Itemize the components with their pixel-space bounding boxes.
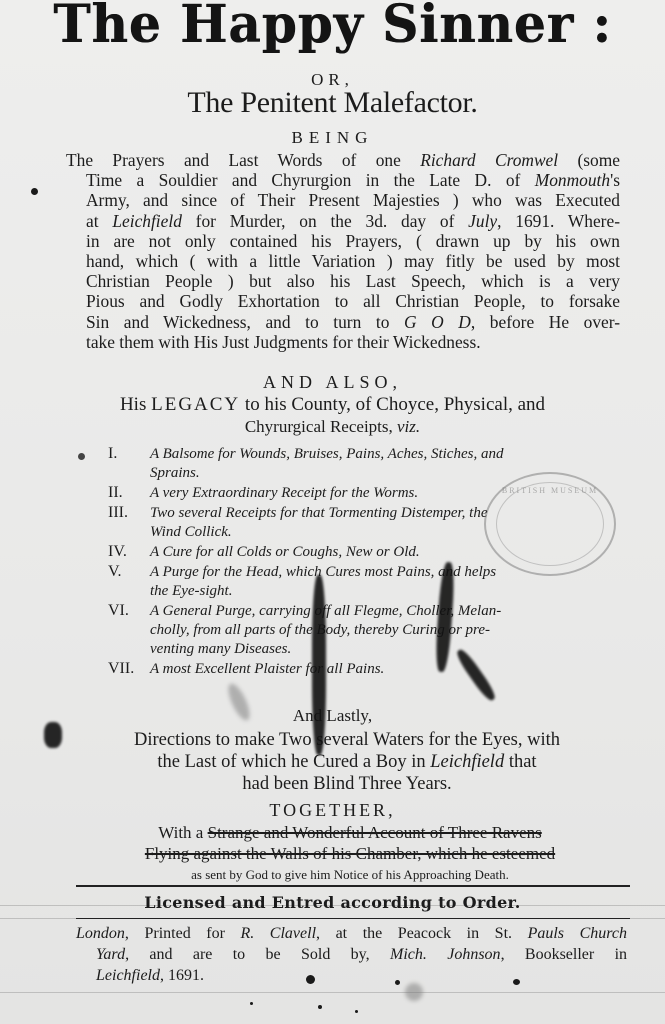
receipt-number: III. — [108, 503, 150, 522]
italic-text: London — [76, 925, 125, 942]
italic-text: Yard — [96, 946, 125, 963]
ink-dot — [395, 980, 400, 985]
intro-line: hand, which ( with a little Variation ) … — [66, 251, 620, 271]
intro-line: Sin and Wickedness, and to turn to G O D… — [66, 312, 620, 332]
intro-line: Army, and since of Their Present Majesti… — [66, 190, 620, 210]
text-run: in are not only contained his Prayers, (… — [86, 231, 620, 251]
ink-dot — [513, 979, 520, 985]
ink-dot — [318, 1005, 322, 1009]
text-run: , at the Peacock in St. — [316, 925, 528, 942]
receipt-item: venting many Diseases. — [108, 640, 622, 659]
intro-line: Time a Souldier and Chyrurgion in the La… — [66, 170, 620, 190]
receipt-text: Two several Receipts for that Tormenting… — [150, 505, 487, 521]
receipt-continuation: venting many Diseases. — [108, 640, 622, 659]
intro-line: Pious and Godly Exhortation to all Chris… — [66, 291, 620, 311]
italic-text: G O D — [404, 312, 471, 332]
stamp-label: BRITISH MUSEUM — [486, 486, 614, 495]
text-run: Time a Souldier and Chyrurgion in the La… — [86, 170, 535, 190]
horizontal-rule — [76, 885, 630, 887]
ink-dot — [355, 1010, 358, 1013]
ink-dot — [78, 453, 85, 460]
imprint-line: Yard, and are to be Sold by, Mich. Johns… — [76, 944, 627, 965]
text-run: , Printed for — [125, 925, 241, 942]
receipt-continuation: the Eye-sight. — [108, 582, 622, 601]
lastly-heading: And Lastly, — [0, 706, 665, 726]
receipt-number: V. — [108, 562, 150, 581]
licensed-line: Licensed and Entred according to Order. — [0, 893, 665, 912]
receipt-number: I. — [108, 444, 150, 463]
text-run: , 1691. — [160, 967, 204, 984]
intro-line: The Prayers and Last Words of one Richar… — [66, 150, 620, 170]
ink-blot — [44, 722, 62, 748]
italic-text: Mich. Johnson — [390, 946, 501, 963]
receipt-text: A most Excellent Plaister for all Pains. — [150, 661, 384, 677]
struck-text: Flying against the Walls of his Chamber,… — [70, 843, 630, 864]
viz-text: viz. — [397, 417, 420, 436]
text-run: Sin and Wickedness, and to turn to — [86, 312, 404, 332]
intro-line: at Leichfield for Murder, on the 3d. day… — [66, 211, 620, 231]
directions-line: Directions to make Two several Waters fo… — [72, 729, 622, 751]
legacy-pre: His — [120, 394, 151, 415]
ravens-text: With a — [158, 823, 207, 842]
text-run: at — [86, 211, 112, 231]
intro-line: in are not only contained his Prayers, (… — [66, 231, 620, 251]
chyrurgical-text: Chyrurgical Receipts, — [245, 417, 397, 436]
ink-dot — [306, 975, 315, 984]
horizontal-rule — [76, 918, 630, 919]
italic-text: Pauls Church — [528, 925, 627, 942]
text-run: Army, and since of Their Present Majesti… — [86, 190, 620, 210]
text-run: hand, which ( with a little Variation ) … — [86, 251, 620, 271]
receipt-text: A very Extraordinary Receipt for the Wor… — [150, 485, 418, 501]
text-run: , before He over- — [471, 312, 620, 332]
text-run: (some — [558, 150, 620, 170]
imprint-line: Leichfield, 1691. — [76, 965, 627, 986]
receipt-text: A Balsome for Wounds, Bruises, Pains, Ac… — [150, 446, 503, 462]
faint-smudge — [405, 983, 423, 1001]
intro-paragraph: The Prayers and Last Words of one Richar… — [66, 150, 620, 352]
directions-text: that — [504, 752, 536, 772]
receipt-item: VI.A General Purge, carrying off all Fle… — [108, 601, 622, 640]
directions-text: the Last of which he Cured a Boy in — [157, 752, 430, 772]
receipt-item: VII.A most Excellent Plaister for all Pa… — [108, 659, 622, 679]
intro-line: Christian People ) but also his Last Spe… — [66, 271, 620, 291]
text-run: The Prayers and Last Words of one — [66, 150, 420, 170]
directions-paragraph: Directions to make Two several Waters fo… — [72, 729, 622, 795]
italic-text: Leichfield — [96, 967, 160, 984]
text-run: , and are to be Sold by, — [125, 946, 390, 963]
legacy-caps: LEGACY — [151, 394, 240, 415]
imprint-line: London, Printed for R. Clavell, at the P… — [76, 923, 627, 944]
struck-text: Strange and Wonderful Account of Three R… — [208, 823, 542, 842]
place-name: Leichfield — [430, 752, 504, 772]
ravens-line: With a Strange and Wonderful Account of … — [70, 822, 630, 843]
legacy-post: to his County, of Choyce, Physical, and — [240, 394, 545, 415]
text-run: 's — [610, 170, 620, 190]
italic-text: R. Clavell — [240, 925, 316, 942]
chyrurgical-line: Chyrurgical Receipts, viz. — [0, 417, 665, 437]
directions-line: had been Blind Three Years. — [72, 773, 622, 795]
italic-text: Leichfield — [112, 211, 182, 231]
receipt-number: VI. — [108, 601, 150, 620]
italic-text: July — [468, 211, 497, 231]
receipt-number: VII. — [108, 659, 150, 678]
broadside-page: The Happy Sinner : OR, The Penitent Male… — [0, 0, 665, 1024]
and-also-heading: AND ALSO, — [0, 372, 665, 393]
text-run: Pious and Godly Exhortation to all Chris… — [86, 291, 620, 311]
receipt-number: IV. — [108, 542, 150, 561]
italic-text: Monmouth — [535, 170, 610, 190]
museum-stamp-icon: BRITISH MUSEUM — [484, 472, 616, 576]
ravens-line: as sent by God to give him Notice of his… — [70, 864, 630, 885]
ink-dot — [250, 1002, 253, 1005]
together-heading: TOGETHER, — [0, 800, 665, 821]
intro-line: take them with His Just Judgments for th… — [66, 332, 620, 352]
receipt-number: II. — [108, 483, 150, 502]
text-run: , Bookseller in — [501, 946, 627, 963]
imprint: London, Printed for R. Clavell, at the P… — [76, 923, 627, 986]
text-run: for Murder, on the 3d. day of — [182, 211, 468, 231]
document-title: The Happy Sinner : — [0, 0, 665, 54]
directions-line: the Last of which he Cured a Boy in Leic… — [72, 751, 622, 773]
ravens-paragraph: With a Strange and Wonderful Account of … — [70, 822, 630, 885]
document-subtitle: The Penitent Malefactor. — [0, 86, 665, 120]
paper-fold-line — [0, 992, 665, 993]
text-run: Christian People ) but also his Last Spe… — [86, 271, 620, 291]
being-heading: BEING — [0, 128, 665, 148]
text-run: , 1691. Where- — [497, 211, 620, 231]
italic-text: Richard Cromwel — [420, 150, 558, 170]
ink-dot — [31, 188, 38, 195]
text-run: take them with His Just Judgments for th… — [86, 332, 481, 352]
ink-stroke-mark — [312, 575, 326, 755]
receipt-continuation: cholly, from all parts of the Body, ther… — [108, 621, 622, 640]
receipt-text: A Cure for all Colds or Coughs, New or O… — [150, 544, 420, 560]
legacy-line: His LEGACY to his County, of Choyce, Phy… — [0, 394, 665, 416]
